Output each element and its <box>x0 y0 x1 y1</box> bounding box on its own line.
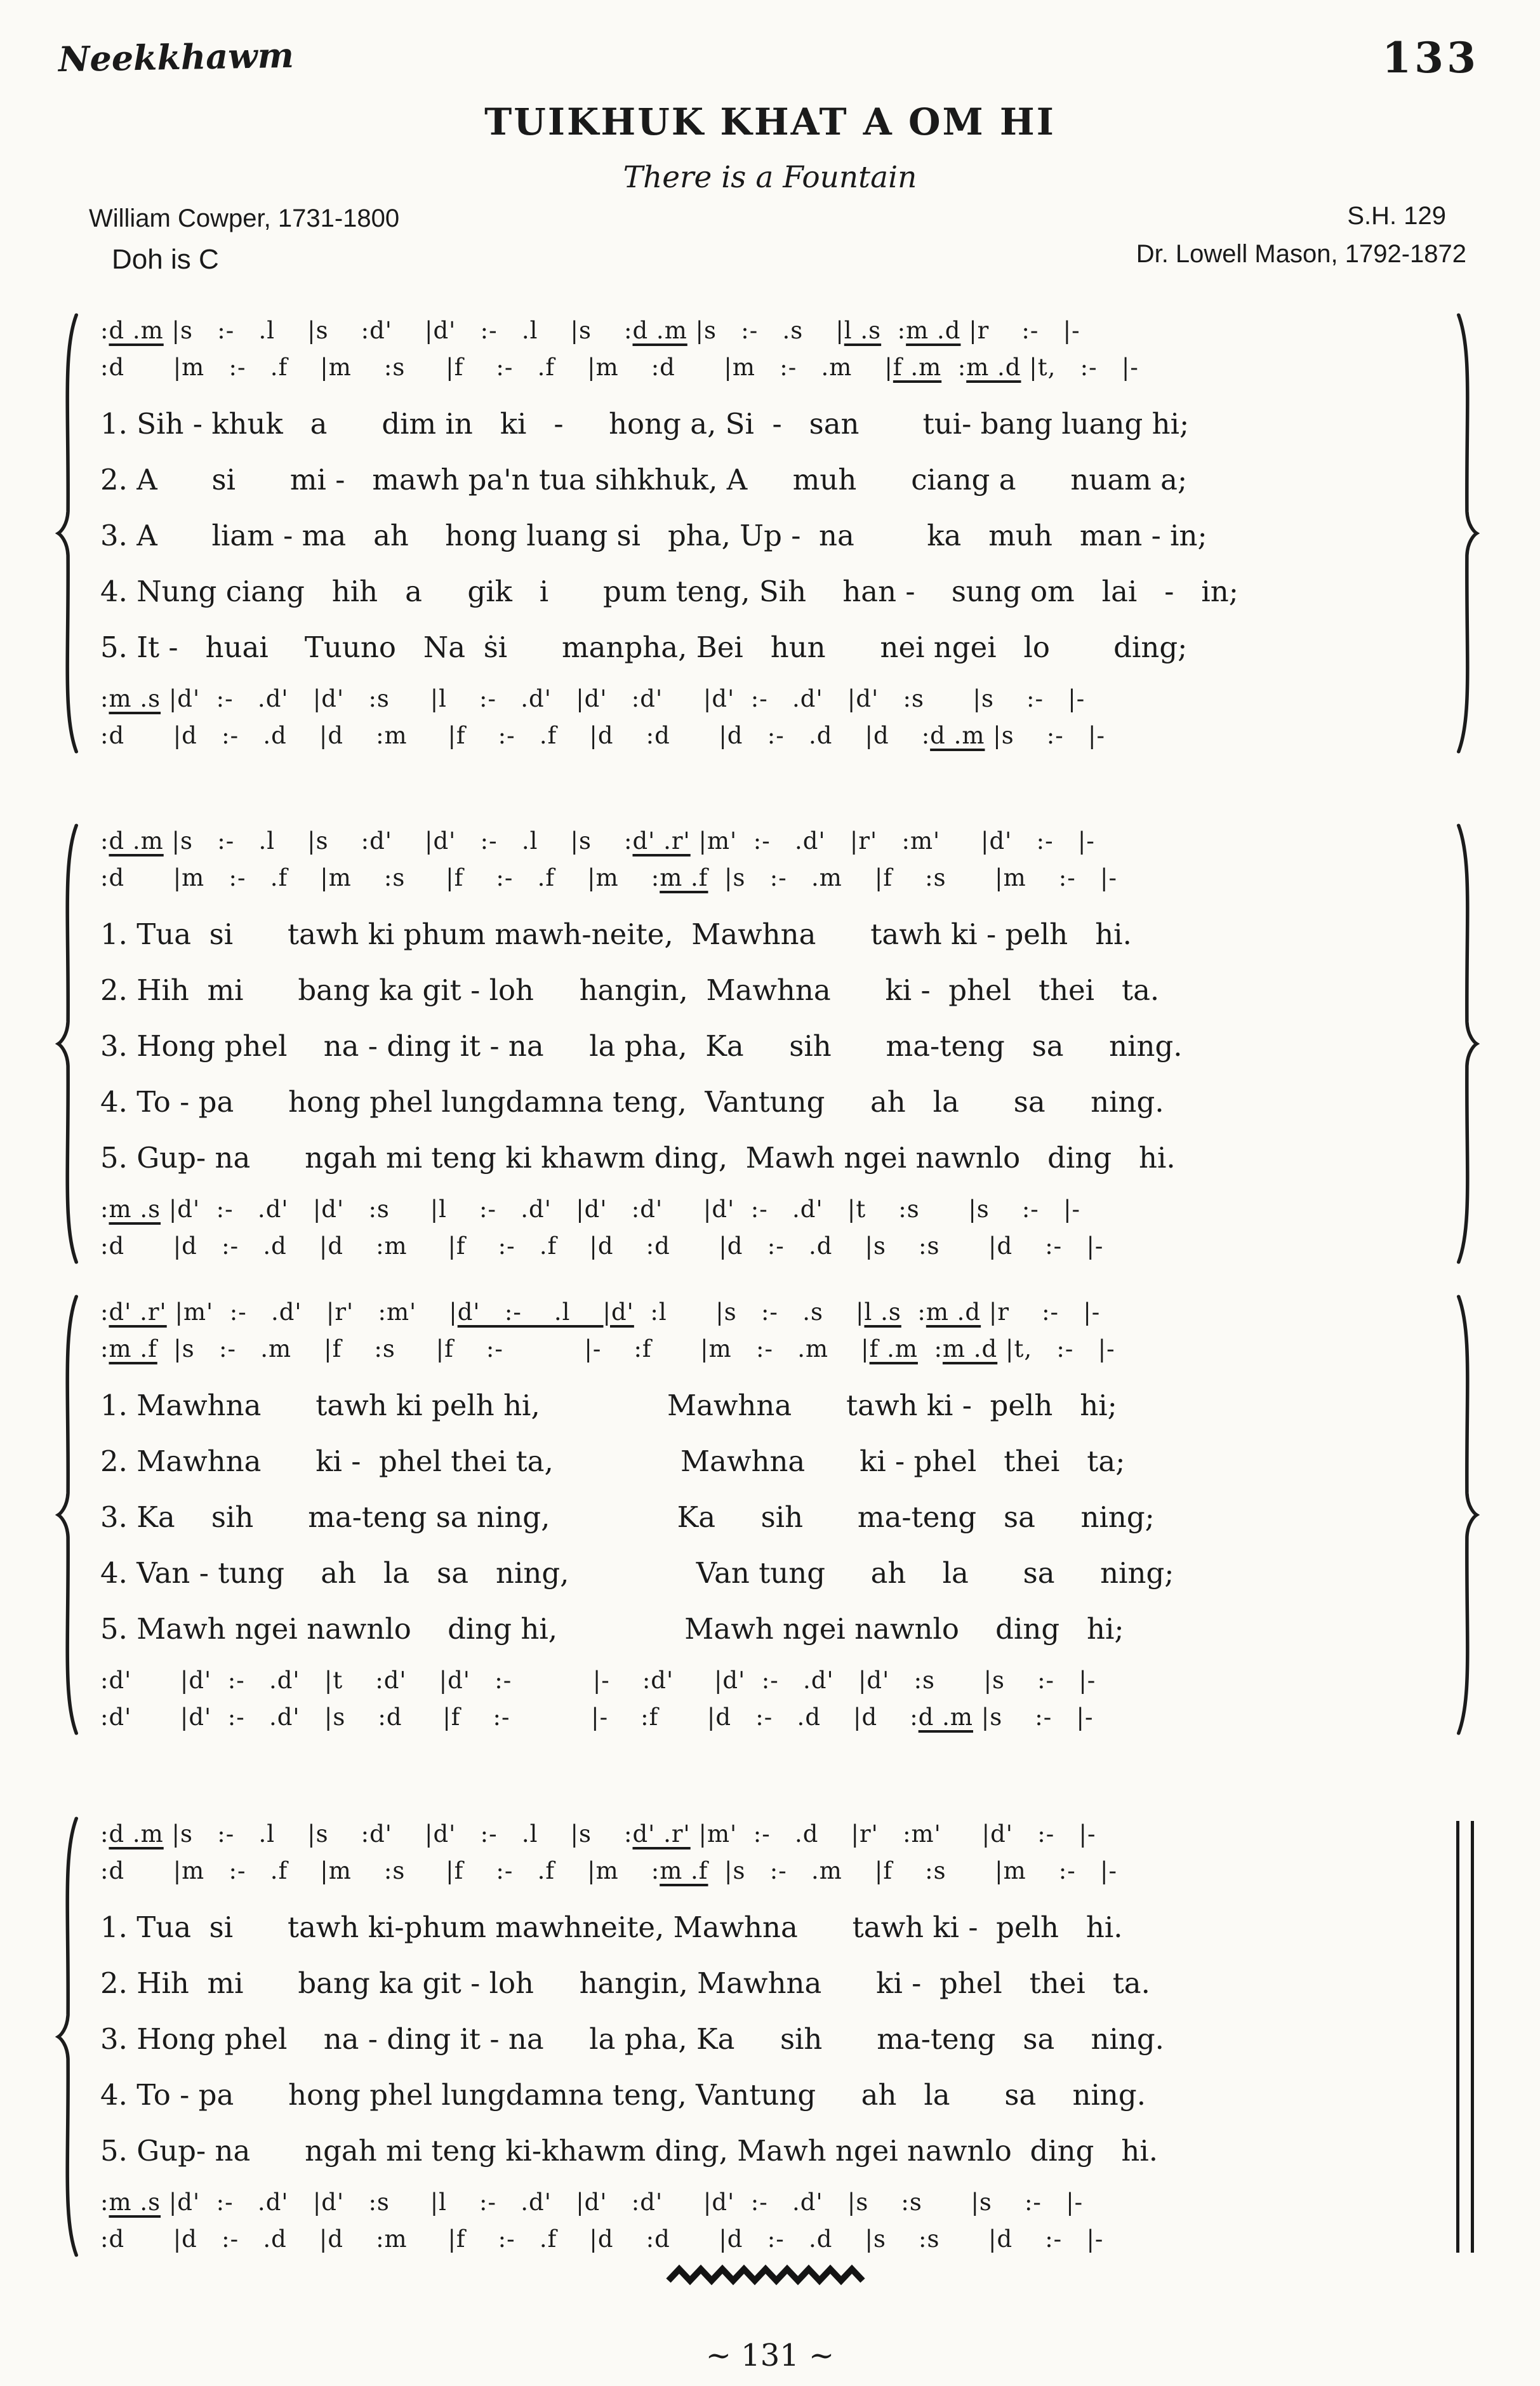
verse-block: 1. Tua si tawh ki-phum mawhneite, Mawhna… <box>100 1900 1452 2179</box>
verse-line-1: 1. Mawhna tawh ki pelh hi, Mawhna tawh k… <box>100 1378 1452 1434</box>
verse-line-5: 5. Gup- na ngah mi teng ki khawm ding, M… <box>100 1130 1452 1186</box>
solfa-soprano-line: :d .m |s :- .l |s :d' |d' :- .l |s :d .m… <box>100 312 1452 349</box>
footer-page-reference: ~ 131 ~ <box>0 2338 1540 2373</box>
hymn-title: TUIKHUK KHAT A OM HI <box>0 100 1540 143</box>
music-system-4: :d .m |s :- .l |s :d' |d' :- .l |s :d' .… <box>100 1816 1452 2258</box>
left-brace-icon <box>53 312 81 754</box>
verse-line-4: 4. Van - tung ah la sa ning, Van tung ah… <box>100 1545 1452 1601</box>
solfa-tenor-line: :m .s |d' :- .d' |d' :s |l :- .d' |d' :d… <box>100 1191 1452 1228</box>
solfa-alto-line: :d |m :- .f |m :s |f :- .f |m :m .f |s :… <box>100 1853 1452 1889</box>
verse-line-3: 3. Ka sih ma-teng sa ning, Ka sih ma-ten… <box>100 1490 1452 1545</box>
solfa-soprano-line: :d .m |s :- .l |s :d' |d' :- .l |s :d' .… <box>100 823 1452 860</box>
verse-line-1: 1. Tua si tawh ki-phum mawhneite, Mawhna… <box>100 1900 1452 1956</box>
verse-block: 1. Mawhna tawh ki pelh hi, Mawhna tawh k… <box>100 1378 1452 1657</box>
verse-line-3: 3. A liam - ma ah hong luang si pha, Up … <box>100 508 1452 564</box>
composer-credit: Dr. Lowell Mason, 1792-1872 <box>1136 240 1466 269</box>
left-brace-icon <box>53 1294 81 1736</box>
right-brace-icon <box>1454 1294 1482 1736</box>
verse-block: 1. Sih - khuk a dim in ki - hong a, Si -… <box>100 396 1452 676</box>
verse-line-5: 5. Mawh ngei nawnlo ding hi, Mawh ngei n… <box>100 1601 1452 1657</box>
hymn-subtitle: There is a Fountain <box>0 160 1540 195</box>
music-system-1: :d .m |s :- .l |s :d' |d' :- .l |s :d .m… <box>100 312 1452 754</box>
verse-line-4: 4. To - pa hong phel lungdamna teng, Van… <box>100 2067 1452 2123</box>
solfa-soprano-line: :d .m |s :- .l |s :d' |d' :- .l |s :d' .… <box>100 1816 1452 1853</box>
verse-line-5: 5. Gup- na ngah mi teng ki-khawm ding, M… <box>100 2123 1452 2179</box>
verse-line-5: 5. It - huai Tuuno Na ṡi manpha, Bei hun… <box>100 620 1452 676</box>
verse-line-3: 3. Hong phel na - ding it - na la pha, K… <box>100 2011 1452 2067</box>
solfa-bass-line: :d |d :- .d |d :m |f :- .f |d :d |d :- .… <box>100 2221 1452 2258</box>
music-system-2: :d .m |s :- .l |s :d' |d' :- .l |s :d' .… <box>100 823 1452 1265</box>
solfa-alto-line: :m .f |s :- .m |f :s |f :- |- :f |m :- .… <box>100 1331 1452 1368</box>
solfa-bass-line: :d |d :- .d |d :m |f :- .f |d :d |d :- .… <box>100 1228 1452 1265</box>
hymnal-page: Neekkhawm 133 TUIKHUK KHAT A OM HI There… <box>0 0 1540 2386</box>
solfa-tenor-line: :d' |d' :- .d' |t :d' |d' :- |- :d' |d' … <box>100 1662 1452 1699</box>
final-barline-icon <box>1456 1821 1474 2253</box>
verse-line-2: 2. Hih mi bang ka git - loh hangin, Mawh… <box>100 963 1452 1018</box>
key-note-label: Doh is C <box>112 244 219 276</box>
verse-line-4: 4. To - pa hong phel lungdamna teng, Van… <box>100 1074 1452 1130</box>
verse-line-2: 2. A si mi - mawh pa'n tua sihkhuk, A mu… <box>100 452 1452 508</box>
verse-block: 1. Tua si tawh ki phum mawh-neite, Mawhn… <box>100 907 1452 1186</box>
solfa-bass-line: :d |d :- .d |d :m |f :- .f |d :d |d :- .… <box>100 717 1452 754</box>
solfa-bass-line: :d' |d' :- .d' |s :d |f :- |- :f |d :- .… <box>100 1699 1452 1736</box>
collection-name: Neekkhawm <box>58 35 294 79</box>
left-brace-icon <box>53 1816 81 2258</box>
left-brace-icon <box>53 823 81 1265</box>
right-brace-icon <box>1454 312 1482 754</box>
source-reference: S.H. 129 <box>1347 202 1446 230</box>
music-system-3: :d' .r' |m' :- .d' |r' :m' |d' :- .l |d'… <box>100 1294 1452 1736</box>
verse-line-2: 2. Hih mi bang ka git - loh hangin, Mawh… <box>100 1956 1452 2011</box>
solfa-alto-line: :d |m :- .f |m :s |f :- .f |m :d |m :- .… <box>100 349 1452 386</box>
verse-line-2: 2. Mawhna ki - phel thei ta, Mawhna ki -… <box>100 1434 1452 1490</box>
verse-line-1: 1. Tua si tawh ki phum mawh-neite, Mawhn… <box>100 907 1452 963</box>
right-brace-icon <box>1454 823 1482 1265</box>
verse-line-4: 4. Nung ciang hih a gik i pum teng, Sih … <box>100 564 1452 620</box>
lyricist-credit: William Cowper, 1731-1800 <box>89 204 399 233</box>
verse-line-3: 3. Hong phel na - ding it - na la pha, K… <box>100 1018 1452 1074</box>
zigzag-divider-icon <box>0 2264 1540 2288</box>
solfa-tenor-line: :m .s |d' :- .d' |d' :s |l :- .d' |d' :d… <box>100 681 1452 717</box>
solfa-tenor-line: :m .s |d' :- .d' |d' :s |l :- .d' |d' :d… <box>100 2184 1452 2221</box>
verse-line-1: 1. Sih - khuk a dim in ki - hong a, Si -… <box>100 396 1452 452</box>
solfa-soprano-line: :d' .r' |m' :- .d' |r' :m' |d' :- .l |d'… <box>100 1294 1452 1331</box>
solfa-alto-line: :d |m :- .f |m :s |f :- .f |m :m .f |s :… <box>100 860 1452 896</box>
page-number: 133 <box>1382 33 1479 83</box>
